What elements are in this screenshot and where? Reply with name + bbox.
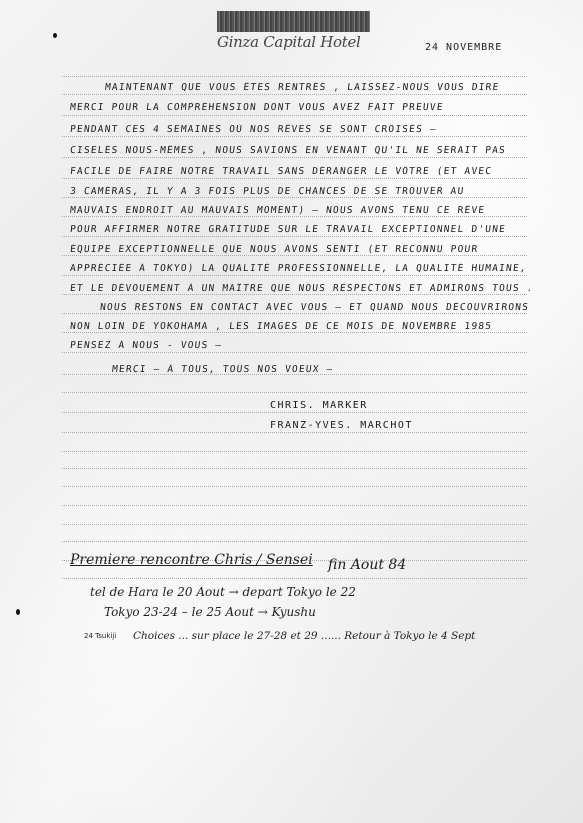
- signature: Franz-Yves. Marchot: [270, 420, 413, 431]
- letter-line: Maintenant que vous êtes rentrés , laiss…: [104, 82, 565, 93]
- ruled-line: [62, 178, 527, 179]
- signature: Chris. Marker: [270, 400, 368, 411]
- hotel-letterhead: Ginza Capital Hotel: [217, 33, 377, 51]
- ruled-line: [62, 486, 527, 487]
- ruled-line: [62, 332, 527, 333]
- note-heading: Premiere rencontre Chris / Sensei: [70, 552, 313, 568]
- ruled-line: [62, 432, 527, 433]
- ruled-line: [62, 468, 527, 469]
- ruled-line: [62, 94, 527, 95]
- letter-line: pour affirmer notre gratitude sur le tra…: [69, 224, 530, 235]
- letter-line: facile de faire notre travail sans déran…: [69, 166, 530, 177]
- ruled-line: [62, 524, 527, 525]
- note-line: Tokyo 23-24 – le 25 Aout → Kyushu: [104, 605, 316, 619]
- ruled-line: [62, 392, 527, 393]
- ruled-line: [62, 313, 527, 314]
- ruled-line: [62, 451, 527, 452]
- ruled-line: [62, 541, 527, 542]
- ruled-line: [62, 115, 527, 116]
- letter-line: merci pour la compréhension dont vous av…: [69, 102, 530, 113]
- letter-date: 24 novembre: [425, 42, 502, 53]
- letter-line: ciselés nous-mêmes , nous savions en ven…: [69, 145, 530, 156]
- ruled-line: [62, 275, 527, 276]
- ruled-line: [62, 157, 527, 158]
- note-prefix: 24 Tsukiji: [84, 632, 116, 640]
- note-date: fin Aout 84: [328, 557, 406, 573]
- letter-page: Ginza Capital Hotel 24 novembre Maintena…: [0, 0, 583, 823]
- letter-line: nous restons en contact avec vous — et q…: [99, 302, 560, 313]
- ruled-line: [62, 76, 527, 77]
- ruled-line: [62, 352, 527, 353]
- letter-line: non loin de Yokohama , les images de ce …: [69, 321, 530, 332]
- letter-line: pendant ces 4 semaines où nos rêves se s…: [69, 124, 530, 135]
- ink-spot: [16, 609, 20, 615]
- ruled-line: [62, 236, 527, 237]
- ink-spot: [53, 33, 57, 38]
- letter-line: mauvais endroit au mauvais moment) — nou…: [69, 205, 530, 216]
- ruled-line: [62, 216, 527, 217]
- ruled-line: [62, 294, 527, 295]
- ruled-line: [62, 197, 527, 198]
- letter-line: pensez à nous - vous —: [69, 340, 530, 351]
- letterhead-logo-bar: [217, 11, 370, 32]
- ruled-line: [62, 578, 527, 579]
- ruled-line: [62, 505, 527, 506]
- letter-line: 3 caméras, il y a 3 fois plus de chances…: [69, 186, 530, 197]
- ruled-line: [62, 136, 527, 137]
- note-line: Choices ... sur place le 27-28 et 29 ...…: [133, 630, 475, 642]
- letter-line: et le dévouement à un maître que nous re…: [69, 283, 530, 294]
- ruled-line: [62, 255, 527, 256]
- letter-line: équipe exceptionnelle que nous avons sen…: [69, 244, 530, 255]
- ruled-line: [62, 412, 527, 413]
- letter-closing: Merci — à tous, tous nos voeux —: [111, 364, 572, 375]
- note-line: tel de Hara le 20 Aout → depart Tokyo le…: [90, 585, 356, 599]
- letter-line: appréciée à Tokyo) la qualité profession…: [69, 263, 530, 274]
